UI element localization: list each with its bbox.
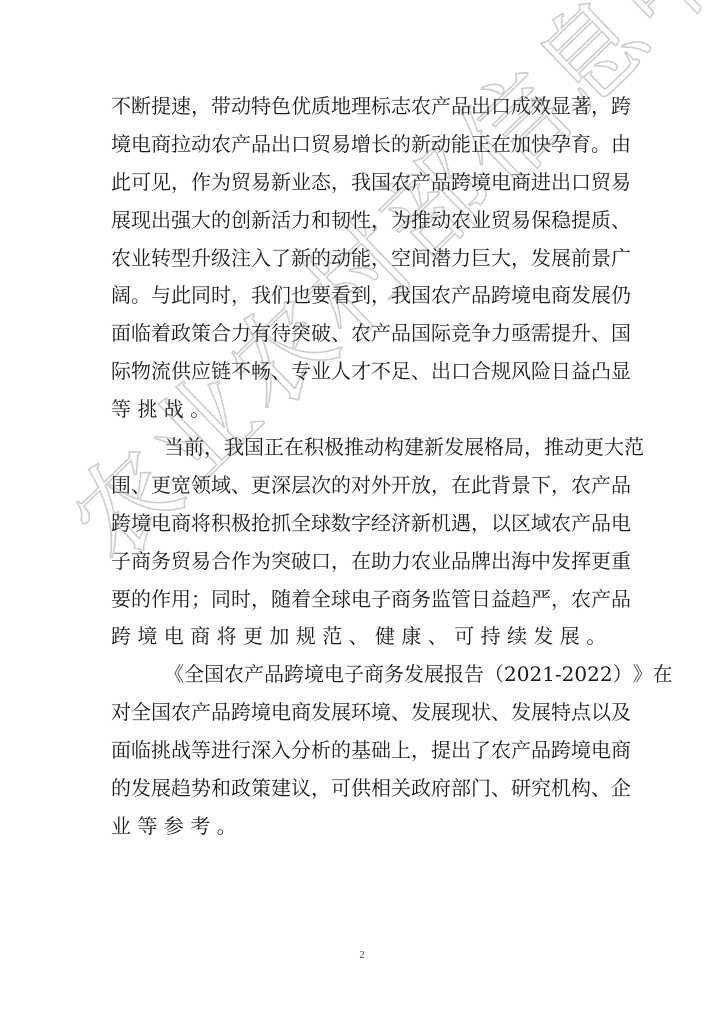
text-line: 面临挑战等进行深入分析的基础上，提出了农产品跨境电商 — [111, 732, 613, 770]
text-line: 等挑战。 — [111, 391, 613, 429]
body-text: 不断提速，带动特色优质地理标志农产品出口成效显著，跨 境电商拉动农产品出口贸易增… — [111, 88, 613, 846]
text-line: 阔。与此同时，我们也要看到，我国农产品跨境电商发展仍 — [111, 277, 613, 315]
text-line: 业等参考。 — [111, 808, 613, 846]
text-line: 当前，我国正在积极推动构建新发展格局，推动更大范 — [111, 429, 613, 467]
text-line: 跨境电商将积极抢抓全球数字经济新机遇，以区域农产品电 — [111, 505, 613, 543]
text-line: 境电商拉动农产品出口贸易增长的新动能正在加快孕育。由 — [111, 126, 613, 164]
text-line: 子商务贸易合作为突破口，在助力农业品牌出海中发挥更重 — [111, 543, 613, 581]
text-line: 此可见，作为贸易新业态，我国农产品跨境电商进出口贸易 — [111, 164, 613, 202]
text-line: 对全国农产品跨境电商发展环境、发展现状、发展特点以及 — [111, 694, 613, 732]
text-line: 不断提速，带动特色优质地理标志农产品出口成效显著，跨 — [111, 88, 613, 126]
text-line: 面临着政策合力有待突破、农产品国际竞争力亟需提升、国 — [111, 315, 613, 353]
text-line: 的发展趋势和政策建议，可供相关政府部门、研究机构、企 — [111, 770, 613, 808]
text-line: 际物流供应链不畅、专业人才不足、出口合规风险日益凸显 — [111, 353, 613, 391]
text-line: 跨境电商将更加规范、健康、可持续发展。 — [111, 618, 613, 656]
text-line: 展现出强大的创新活力和韧性，为推动农业贸易保稳提质、 — [111, 202, 613, 240]
text-line: 要的作用；同时，随着全球电子商务监管日益趋严，农产品 — [111, 581, 613, 619]
text-line: 围、更宽领域、更深层次的对外开放，在此背景下，农产品 — [111, 467, 613, 505]
text-line: 《全国农产品跨境电子商务发展报告（2021-2022）》在 — [111, 656, 613, 694]
page-number: 2 — [0, 950, 724, 961]
text-line: 农业转型升级注入了新的动能，空间潜力巨大，发展前景广 — [111, 240, 613, 278]
document-page: 农业农村部信息中心 不断提速，带动特色优质地理标志农产品出口成效显著，跨 境电商… — [0, 0, 724, 1024]
